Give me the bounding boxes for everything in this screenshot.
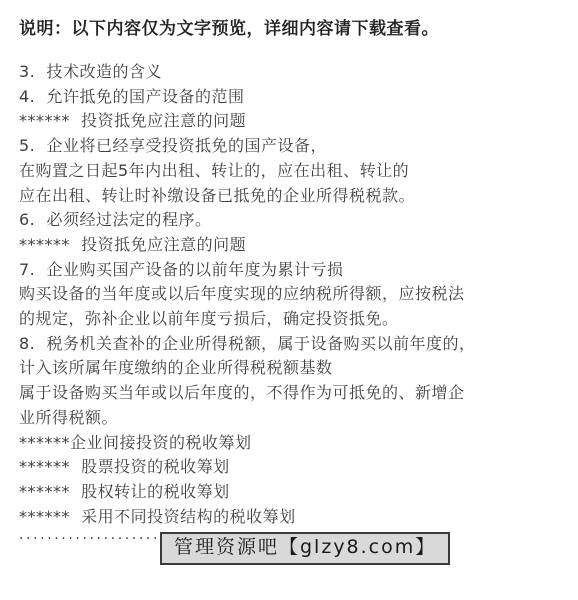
content-line: 应在出租、转让时补缴设备已抵免的企业所得税税款。: [19, 184, 560, 209]
preview-notice: 说明：以下内容仅为文字预览，详细内容请下载查看。: [19, 16, 560, 42]
content-line: ****** 采用不同投资结构的税收筹划: [19, 505, 560, 530]
content-line: 业所得税额。: [19, 406, 560, 431]
content-line: ****** 股票投资的税收筹划: [19, 455, 560, 480]
content-line: 4. 允许抵免的国产设备的范围: [19, 85, 560, 110]
footer-row: ························ 管理资源吧【glzy8.com…: [19, 532, 560, 565]
content-line: 3. 技术改造的含义: [19, 60, 560, 85]
content-line: 计入该所属年度缴纳的企业所得税税额基数: [19, 356, 560, 381]
content-line: 在购置之日起5年内出租、转让的，应在出租、转让的: [19, 159, 560, 184]
content-line: 6. 必须经过法定的程序。: [19, 208, 560, 233]
content-line: 的规定，弥补企业以前年度亏损后，确定投资抵免。: [19, 307, 560, 332]
content-line: ****** 股权转让的税收筹划: [19, 480, 560, 505]
content-line: 属于设备购买当年或以后年度的，不得作为可抵免的、新增企: [19, 381, 560, 406]
content-line: ****** 投资抵免应注意的问题: [19, 233, 560, 258]
dotted-leader: ························: [19, 532, 160, 546]
site-watermark-link[interactable]: 管理资源吧【glzy8.com】: [160, 532, 450, 565]
content-lines: 3. 技术改造的含义 4. 允许抵免的国产设备的范围 ****** 投资抵免应注…: [19, 60, 560, 529]
content-line: 7. 企业购买国产设备的以前年度为累计亏损: [19, 258, 560, 283]
preview-page: 说明：以下内容仅为文字预览，详细内容请下载查看。 3. 技术改造的含义 4. 允…: [0, 0, 578, 600]
content-line: ******企业间接投资的税收筹划: [19, 431, 560, 456]
content-line: 购买设备的当年度或以后年度实现的应纳税所得额，应按税法: [19, 282, 560, 307]
content-line: 8. 税务机关查补的企业所得税额，属于设备购买以前年度的，: [19, 332, 560, 357]
content-line: ****** 投资抵免应注意的问题: [19, 109, 560, 134]
content-line: 5. 企业将已经享受投资抵免的国产设备，: [19, 134, 560, 159]
